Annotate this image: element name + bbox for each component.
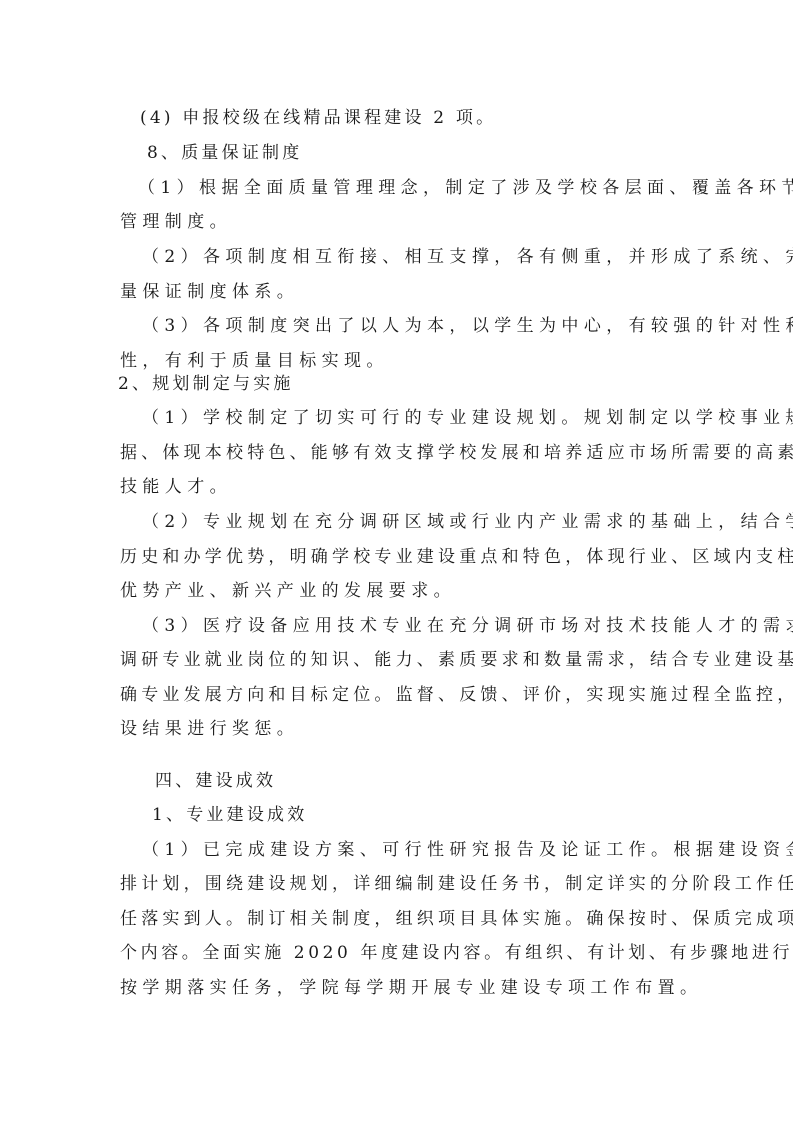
document-page: (4) 申报校级在线精品课程建设 2 项。 8、质量保证制度 （1）根据全面质量… [0, 0, 793, 1122]
paragraph-line: 排计划，围绕建设规划，详细编制建设任务书，制定详实的分阶段工作任务，责 [120, 872, 680, 896]
paragraph-line: 调研专业就业岗位的知识、能力、素质要求和数量需求，结合专业建设基础，明 [120, 648, 680, 672]
paragraph-line: （1）根据全面质量管理理念，制定了涉及学校各层面、覆盖各环节的质量 [138, 176, 698, 200]
paragraph-line: （1）已完成建设方案、可行性研究报告及论证工作。根据建设资金年度安 [142, 838, 702, 862]
paragraph-line: 任落实到人。制订相关制度，组织项目具体实施。确保按时、保质完成项目的各 [120, 907, 680, 931]
paragraph-line: （3）医疗设备应用技术专业在充分调研市场对技术技能人才的需求，重点 [142, 614, 702, 638]
paragraph-line: 技能人才。 [120, 475, 680, 499]
heading-major-construction-results: 1、专业建设成效 [152, 803, 712, 827]
paragraph-line: 个内容。全面实施 2020 年度建设内容。有组织、有计划、有步骤地进行建设， [120, 941, 680, 965]
paragraph-line: 量保证制度体系。 [120, 280, 680, 304]
paragraph-line: 按学期落实任务，学院每学期开展专业建设专项工作布置。 [120, 976, 680, 1000]
paragraph-line: （2）各项制度相互衔接、相互支撑，各有侧重，并形成了系统、完整的质 [142, 245, 702, 269]
paragraph-line: 性，有利于质量目标实现。 [120, 349, 680, 373]
paragraph-line: 据、体现本校特色、能够有效支撑学校发展和培养适应市场所需要的高素质技术 [120, 441, 680, 465]
paragraph-line: 历史和办学优势，明确学校专业建设重点和特色，体现行业、区域内支柱产业、 [120, 545, 680, 569]
paragraph-line: 管理制度。 [120, 210, 680, 234]
heading-quality-assurance: 8、质量保证制度 [147, 141, 707, 165]
paragraph-line: 确专业发展方向和目标定位。监督、反馈、评价，实现实施过程全监控，并对建 [120, 683, 680, 707]
paragraph-line: （3）各项制度突出了以人为本，以学生为中心，有较强的针对性和可操作 [142, 314, 702, 338]
heading-construction-results: 四、建设成效 [155, 769, 715, 793]
list-item-4-online-courses: (4) 申报校级在线精品课程建设 2 项。 [140, 106, 700, 130]
paragraph-line: （2）专业规划在充分调研区域或行业内产业需求的基础上，结合学校办学 [142, 510, 702, 534]
paragraph-line: 优势产业、新兴产业的发展要求。 [120, 579, 680, 603]
heading-planning: 2、规划制定与实施 [118, 372, 678, 396]
paragraph-line: （1）学校制定了切实可行的专业建设规划。规划制定以学校事业规划为依 [142, 406, 702, 430]
paragraph-line: 设结果进行奖惩。 [120, 717, 680, 741]
